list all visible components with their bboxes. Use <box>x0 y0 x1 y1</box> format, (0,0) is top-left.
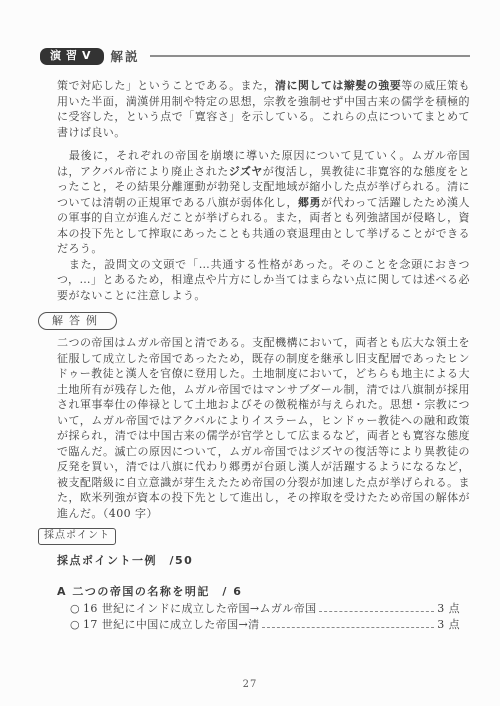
answer-example-body: 二つの帝国はムガル帝国と清である。支配機構において，両者とも広大な領土を征服して… <box>57 335 470 521</box>
scoring-item-points: 3 点 <box>437 601 460 617</box>
text-segment: 策で対応した」ということである。また， <box>57 79 275 92</box>
scoring-item-text: 17 世紀に中国に成立した帝国→清 <box>83 617 260 633</box>
commentary-paragraph: 最後に，それぞれの帝国を崩壊に導いた原因について見ていく。ムガル帝国は，アクバル… <box>57 148 470 257</box>
emphasis-segment: 郷勇 <box>298 196 321 209</box>
scoring-item-text: 16 世紀にインドに成立した帝国→ムガル帝国 <box>83 601 317 617</box>
section-header: 演習V 解説 <box>40 47 470 65</box>
scoring-item-row: ○ 17 世紀に中国に成立した帝国→清 3 点 <box>70 617 460 633</box>
section-header-title: 解説 <box>111 47 140 65</box>
scoring-item-points: 3 点 <box>437 617 460 633</box>
commentary-paragraph: また，設問文の文頭で「…共通する性格があった。そのことを念頭におきつつ，…」とあ… <box>57 257 470 304</box>
commentary-paragraph: 策で対応した」ということである。また，清に関しては辮髪の強要等の威圧策も用いた半… <box>57 78 470 140</box>
page-number: 27 <box>0 679 500 690</box>
leader-line <box>262 627 435 628</box>
document-page: 演習V 解説 策で対応した」ということである。また，清に関しては辮髪の強要等の威… <box>0 0 500 706</box>
exercise-badge: 演習V <box>40 48 104 65</box>
scoring-points-label: 採点ポイント <box>38 528 116 545</box>
scoring-item-row: ○ 16 世紀にインドに成立した帝国→ムガル帝国 3 点 <box>70 601 460 617</box>
commentary-block: 策で対応した」ということである。また，清に関しては辮髪の強要等の威圧策も用いた半… <box>57 78 470 303</box>
circle-bullet-icon: ○ <box>70 601 80 617</box>
emphasis-segment: ジズヤ <box>229 165 263 178</box>
scoring-heading: 採点ポイント一例 /50 <box>57 552 500 568</box>
header-rule <box>150 55 470 57</box>
leader-line <box>319 611 435 612</box>
scoring-section-a-title: A 二つの帝国の名称を明記 / 6 <box>57 583 500 599</box>
text-segment: また，設問文の文頭で「…共通する性格があった。そのことを念頭におきつつ，…」とあ… <box>57 258 470 302</box>
circle-bullet-icon: ○ <box>70 617 80 633</box>
emphasis-segment: 清に関しては辮髪の強要 <box>275 79 401 92</box>
answer-example-label: 解答例 <box>38 312 117 330</box>
